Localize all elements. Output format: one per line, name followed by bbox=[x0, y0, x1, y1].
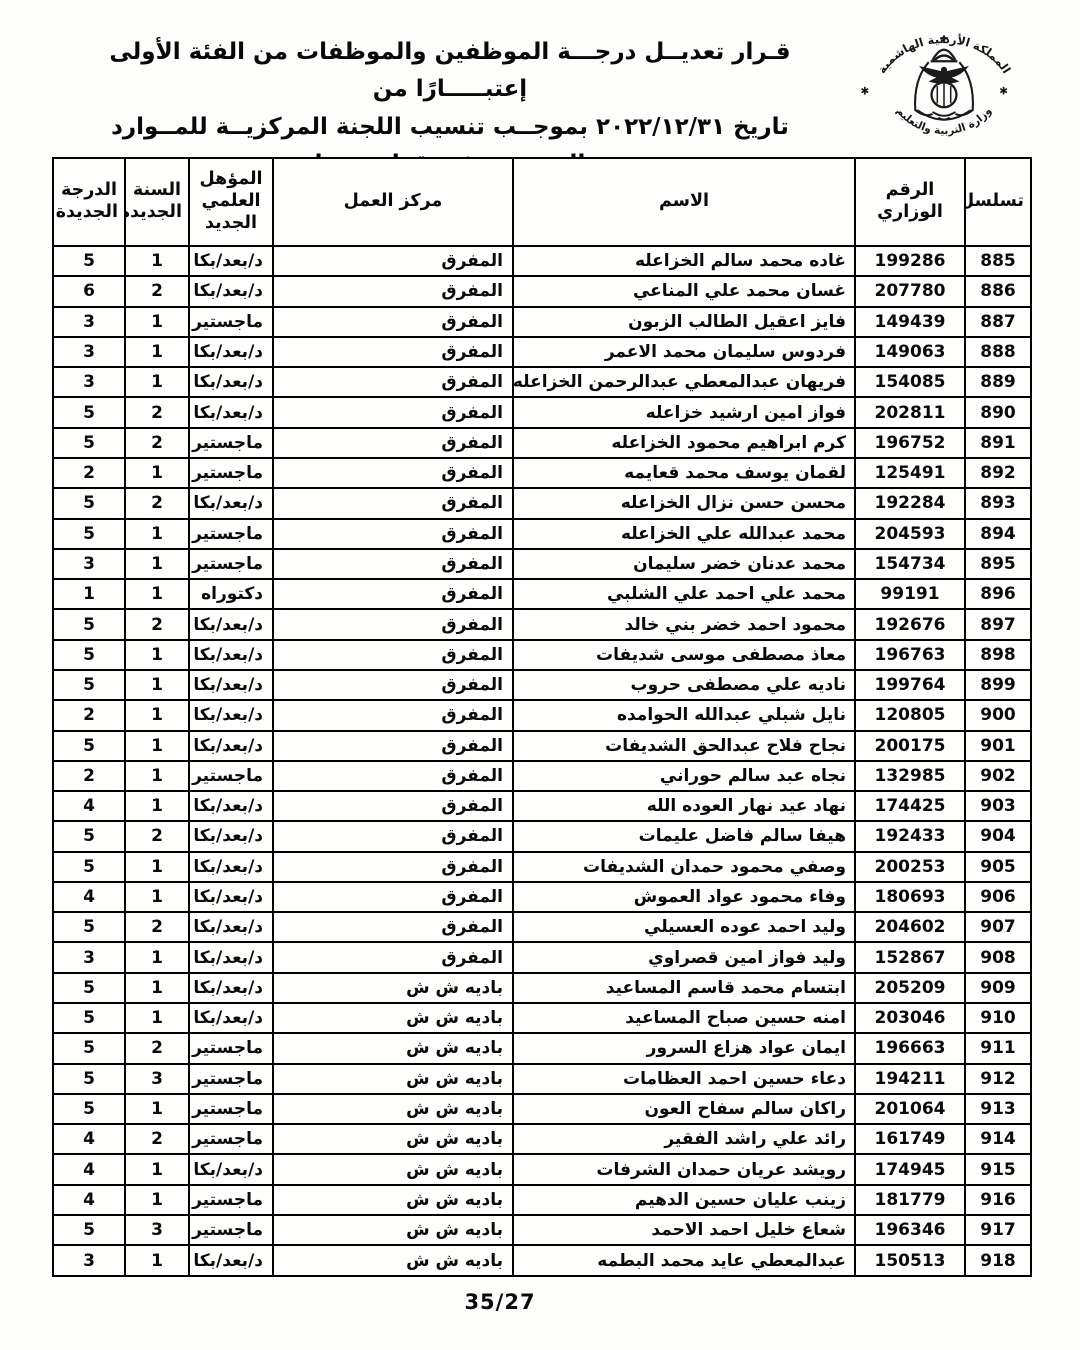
cell-new-year: 1 bbox=[125, 519, 189, 549]
cell-new-year: 2 bbox=[125, 1033, 189, 1063]
cell-ministry-number: 192433 bbox=[855, 821, 965, 851]
cell-serial: 901 bbox=[965, 731, 1031, 761]
cell-serial: 892 bbox=[965, 458, 1031, 488]
cell-work-center: المفرق bbox=[273, 246, 513, 276]
cell-name: محمد عدنان خضر سليمان bbox=[513, 549, 855, 579]
table-row: 904192433هيفا سالم فاضل عليماتالمفرقد/بع… bbox=[53, 821, 1031, 851]
cell-new-year: 2 bbox=[125, 428, 189, 458]
cell-name: امنه حسين صباح المساعيد bbox=[513, 1003, 855, 1033]
cell-serial: 896 bbox=[965, 579, 1031, 609]
cell-work-center: المفرق bbox=[273, 882, 513, 912]
table-row: 903174425نهاد عيد نهار العوده اللهالمفرق… bbox=[53, 791, 1031, 821]
cell-name: عبدالمعطي عايد محمد البطمه bbox=[513, 1245, 855, 1276]
cell-new-year: 2 bbox=[125, 1124, 189, 1154]
column-header-name: الاسم bbox=[513, 158, 855, 246]
cell-new-year: 1 bbox=[125, 791, 189, 821]
cell-work-center: المفرق bbox=[273, 488, 513, 518]
cell-work-center: باديه ش ش bbox=[273, 1154, 513, 1184]
cell-serial: 911 bbox=[965, 1033, 1031, 1063]
cell-ministry-number: 199286 bbox=[855, 246, 965, 276]
cell-serial: 900 bbox=[965, 700, 1031, 730]
cell-name: نجاح فلاح عبدالحق الشديفات bbox=[513, 731, 855, 761]
cell-serial: 908 bbox=[965, 942, 1031, 972]
eagle-icon bbox=[919, 66, 969, 83]
cell-ministry-number: 174945 bbox=[855, 1154, 965, 1184]
cell-serial: 914 bbox=[965, 1124, 1031, 1154]
cell-new-year: 1 bbox=[125, 640, 189, 670]
cell-new-grade: 4 bbox=[53, 1154, 125, 1184]
cell-qualification: د/بعد/بكا bbox=[189, 397, 273, 427]
cell-new-year: 1 bbox=[125, 579, 189, 609]
table-row: 913201064راكان سالم سفاح العونباديه ش شم… bbox=[53, 1094, 1031, 1124]
cell-new-grade: 5 bbox=[53, 973, 125, 1003]
cell-ministry-number: 196763 bbox=[855, 640, 965, 670]
ministry-seal: المملكة الأردنية الهاشمية وزارة التربية … bbox=[856, 22, 1032, 156]
cell-ministry-number: 196663 bbox=[855, 1033, 965, 1063]
table-row: 909205209ابتسام محمد قاسم المساعيدباديه … bbox=[53, 973, 1031, 1003]
cell-name: محمد عبدالله علي الخزاعله bbox=[513, 519, 855, 549]
cell-serial: 889 bbox=[965, 367, 1031, 397]
cell-new-grade: 5 bbox=[53, 731, 125, 761]
cell-new-year: 2 bbox=[125, 821, 189, 851]
cell-work-center: المفرق bbox=[273, 549, 513, 579]
cell-ministry-number: 201064 bbox=[855, 1094, 965, 1124]
cell-new-grade: 3 bbox=[53, 1245, 125, 1276]
table-row: 911196663ايمان عواد هزاع السرورباديه ش ش… bbox=[53, 1033, 1031, 1063]
cell-name: محسن حسن نزال الخزاعله bbox=[513, 488, 855, 518]
cell-ministry-number: 204593 bbox=[855, 519, 965, 549]
cell-qualification: ماجستير bbox=[189, 1215, 273, 1245]
cell-qualification: ماجستير bbox=[189, 519, 273, 549]
table-row: 900120805نايل شبلي عبدالله الحوامدهالمفر… bbox=[53, 700, 1031, 730]
cell-qualification: د/بعد/بكا bbox=[189, 367, 273, 397]
cell-name: فايز اعقيل الطالب الزبون bbox=[513, 307, 855, 337]
cell-new-grade: 5 bbox=[53, 246, 125, 276]
cell-serial: 915 bbox=[965, 1154, 1031, 1184]
cell-name: فريهان عبدالمعطي عبدالرحمن الخزاعله bbox=[513, 367, 855, 397]
cell-qualification: د/بعد/بكا bbox=[189, 276, 273, 306]
table-row: 892125491لقمان يوسف محمد قعايمهالمفرقماج… bbox=[53, 458, 1031, 488]
cell-qualification: د/بعد/بكا bbox=[189, 973, 273, 1003]
cell-new-year: 1 bbox=[125, 973, 189, 1003]
cell-serial: 905 bbox=[965, 852, 1031, 882]
cell-name: هيفا سالم فاضل عليمات bbox=[513, 821, 855, 851]
cell-new-year: 1 bbox=[125, 337, 189, 367]
cell-new-grade: 5 bbox=[53, 1094, 125, 1124]
cell-serial: 895 bbox=[965, 549, 1031, 579]
table-row: 893192284محسن حسن نزال الخزاعلهالمفرقد/ب… bbox=[53, 488, 1031, 518]
column-header-qualification: المؤهل العلمي الجديد bbox=[189, 158, 273, 246]
cell-ministry-number: 202811 bbox=[855, 397, 965, 427]
cell-ministry-number: 200253 bbox=[855, 852, 965, 882]
star-icon: ✱ bbox=[861, 86, 870, 98]
cell-qualification: ماجستير bbox=[189, 761, 273, 791]
cell-work-center: باديه ش ش bbox=[273, 1094, 513, 1124]
cell-new-grade: 3 bbox=[53, 549, 125, 579]
table-row: 915174945رويشد عريان حمدان الشرفاتباديه … bbox=[53, 1154, 1031, 1184]
star-icon: ✱ bbox=[999, 86, 1008, 98]
table-row: 917196346شعاع خليل احمد الاحمدباديه ش شم… bbox=[53, 1215, 1031, 1245]
cell-new-grade: 5 bbox=[53, 1003, 125, 1033]
table-row: 886207780غسان محمد علي المناعيالمفرقد/بع… bbox=[53, 276, 1031, 306]
table-row: 897192676محمود احمد خضر بني خالدالمفرقد/… bbox=[53, 609, 1031, 639]
cell-work-center: باديه ش ش bbox=[273, 1124, 513, 1154]
cell-new-year: 1 bbox=[125, 549, 189, 579]
cell-qualification: ماجستير bbox=[189, 1094, 273, 1124]
cell-new-year: 1 bbox=[125, 942, 189, 972]
cell-qualification: ماجستير bbox=[189, 1124, 273, 1154]
cell-qualification: د/بعد/بكا bbox=[189, 488, 273, 518]
column-header-new-grade: الدرجة الجديدة bbox=[53, 158, 125, 246]
table-row: 895154734محمد عدنان خضر سليمانالمفرقماجس… bbox=[53, 549, 1031, 579]
cell-qualification: د/بعد/بكا bbox=[189, 700, 273, 730]
cell-serial: 903 bbox=[965, 791, 1031, 821]
cell-work-center: المفرق bbox=[273, 700, 513, 730]
cell-name: راكان سالم سفاح العون bbox=[513, 1094, 855, 1124]
cell-work-center: المفرق bbox=[273, 791, 513, 821]
cell-work-center: المفرق bbox=[273, 609, 513, 639]
table-row: 902132985نجاه عبد سالم حورانيالمفرقماجست… bbox=[53, 761, 1031, 791]
table-row: 894204593محمد عبدالله علي الخزاعلهالمفرق… bbox=[53, 519, 1031, 549]
cell-new-year: 1 bbox=[125, 246, 189, 276]
cell-new-year: 1 bbox=[125, 852, 189, 882]
cell-ministry-number: 152867 bbox=[855, 942, 965, 972]
ministry-seal-logo: المملكة الأردنية الهاشمية وزارة التربية … bbox=[856, 22, 1032, 156]
cell-serial: 886 bbox=[965, 276, 1031, 306]
cell-new-year: 2 bbox=[125, 912, 189, 942]
cell-ministry-number: 161749 bbox=[855, 1124, 965, 1154]
cell-qualification: د/بعد/بكا bbox=[189, 670, 273, 700]
table-row: 901200175نجاح فلاح عبدالحق الشديفاتالمفر… bbox=[53, 731, 1031, 761]
cell-work-center: المفرق bbox=[273, 731, 513, 761]
cell-new-year: 2 bbox=[125, 397, 189, 427]
cell-name: محمود احمد خضر بني خالد bbox=[513, 609, 855, 639]
cell-serial: 918 bbox=[965, 1245, 1031, 1276]
cell-ministry-number: 150513 bbox=[855, 1245, 965, 1276]
cell-new-year: 2 bbox=[125, 488, 189, 518]
table-row: 916181779زينب عليان حسين الدهيمباديه ش ش… bbox=[53, 1185, 1031, 1215]
cell-name: وليد فواز امين قصراوي bbox=[513, 942, 855, 972]
cell-ministry-number: 207780 bbox=[855, 276, 965, 306]
column-header-work-center: مركز العمل bbox=[273, 158, 513, 246]
cell-ministry-number: 205209 bbox=[855, 973, 965, 1003]
cell-serial: 912 bbox=[965, 1064, 1031, 1094]
cell-new-grade: 5 bbox=[53, 428, 125, 458]
cell-work-center: المفرق bbox=[273, 912, 513, 942]
table-row: 891196752كرم ابراهيم محمود الخزاعلهالمفر… bbox=[53, 428, 1031, 458]
cell-name: ابتسام محمد قاسم المساعيد bbox=[513, 973, 855, 1003]
cell-qualification: د/بعد/بكا bbox=[189, 609, 273, 639]
cell-new-grade: 5 bbox=[53, 821, 125, 851]
table-row: 908152867وليد فواز امين قصراويالمفرقد/بع… bbox=[53, 942, 1031, 972]
cell-new-grade: 5 bbox=[53, 1215, 125, 1245]
cell-new-year: 1 bbox=[125, 1094, 189, 1124]
cell-qualification: ماجستير bbox=[189, 428, 273, 458]
table-row: 887149439فايز اعقيل الطالب الزبونالمفرقم… bbox=[53, 307, 1031, 337]
cell-serial: 894 bbox=[965, 519, 1031, 549]
cell-ministry-number: 180693 bbox=[855, 882, 965, 912]
cell-qualification: د/بعد/بكا bbox=[189, 246, 273, 276]
cell-new-grade: 5 bbox=[53, 670, 125, 700]
cell-qualification: ماجستير bbox=[189, 1185, 273, 1215]
column-header-serial: تسلسل bbox=[965, 158, 1031, 246]
cell-ministry-number: 196346 bbox=[855, 1215, 965, 1245]
cell-serial: 913 bbox=[965, 1094, 1031, 1124]
cell-name: ايمان عواد هزاع السرور bbox=[513, 1033, 855, 1063]
cell-name: فواز امين ارشيد خزاعله bbox=[513, 397, 855, 427]
cell-serial: 909 bbox=[965, 973, 1031, 1003]
cell-name: نايل شبلي عبدالله الحوامده bbox=[513, 700, 855, 730]
cell-ministry-number: 200175 bbox=[855, 731, 965, 761]
table-row: 907204602وليد احمد عوده العسيليالمفرقد/ب… bbox=[53, 912, 1031, 942]
cell-ministry-number: 203046 bbox=[855, 1003, 965, 1033]
cell-work-center: المفرق bbox=[273, 367, 513, 397]
cell-serial: 907 bbox=[965, 912, 1031, 942]
cell-qualification: د/بعد/بكا bbox=[189, 731, 273, 761]
cell-work-center: المفرق bbox=[273, 397, 513, 427]
decision-header-line1: قـرار تعديــل درجـــة الموظفين والموظفات… bbox=[60, 34, 840, 109]
cell-serial: 910 bbox=[965, 1003, 1031, 1033]
cell-name: رويشد عريان حمدان الشرفات bbox=[513, 1154, 855, 1184]
table-row: 918150513عبدالمعطي عايد محمد البطمهباديه… bbox=[53, 1245, 1031, 1276]
table-row: 889154085فريهان عبدالمعطي عبدالرحمن الخز… bbox=[53, 367, 1031, 397]
cell-work-center: باديه ش ش bbox=[273, 1064, 513, 1094]
cell-ministry-number: 174425 bbox=[855, 791, 965, 821]
cell-work-center: المفرق bbox=[273, 307, 513, 337]
cell-qualification: ماجستير bbox=[189, 1033, 273, 1063]
cell-ministry-number: 194211 bbox=[855, 1064, 965, 1094]
cell-serial: 898 bbox=[965, 640, 1031, 670]
cell-qualification: د/بعد/بكا bbox=[189, 791, 273, 821]
cell-new-grade: 5 bbox=[53, 1064, 125, 1094]
cell-work-center: المفرق bbox=[273, 852, 513, 882]
cell-new-year: 1 bbox=[125, 731, 189, 761]
grades-table: تسلسل الرقم الوزاري الاسم مركز العمل الم… bbox=[52, 157, 1032, 1277]
cell-work-center: المفرق bbox=[273, 337, 513, 367]
cell-name: دعاء حسين احمد العظامات bbox=[513, 1064, 855, 1094]
cell-ministry-number: 192284 bbox=[855, 488, 965, 518]
column-header-new-year: السنة الجديدة bbox=[125, 158, 189, 246]
cell-new-grade: 5 bbox=[53, 488, 125, 518]
cell-serial: 891 bbox=[965, 428, 1031, 458]
cell-new-year: 1 bbox=[125, 882, 189, 912]
cell-new-year: 3 bbox=[125, 1064, 189, 1094]
cell-new-grade: 5 bbox=[53, 912, 125, 942]
cell-new-grade: 2 bbox=[53, 761, 125, 791]
cell-new-grade: 6 bbox=[53, 276, 125, 306]
cell-new-year: 1 bbox=[125, 1185, 189, 1215]
cell-serial: 887 bbox=[965, 307, 1031, 337]
column-header-ministry-number: الرقم الوزاري bbox=[855, 158, 965, 246]
cell-new-year: 1 bbox=[125, 670, 189, 700]
cell-work-center: باديه ش ش bbox=[273, 973, 513, 1003]
cell-qualification: ماجستير bbox=[189, 1064, 273, 1094]
cell-serial: 902 bbox=[965, 761, 1031, 791]
cell-new-year: 2 bbox=[125, 609, 189, 639]
cell-serial: 885 bbox=[965, 246, 1031, 276]
table-row: 890202811فواز امين ارشيد خزاعلهالمفرقد/ب… bbox=[53, 397, 1031, 427]
cell-serial: 890 bbox=[965, 397, 1031, 427]
cell-ministry-number: 154085 bbox=[855, 367, 965, 397]
cell-name: وفاء محمود عواد العموش bbox=[513, 882, 855, 912]
cell-serial: 899 bbox=[965, 670, 1031, 700]
cell-work-center: المفرق bbox=[273, 821, 513, 851]
cell-new-year: 1 bbox=[125, 458, 189, 488]
cell-qualification: ماجستير bbox=[189, 307, 273, 337]
cell-work-center: المفرق bbox=[273, 640, 513, 670]
cell-work-center: باديه ش ش bbox=[273, 1033, 513, 1063]
cell-new-grade: 3 bbox=[53, 942, 125, 972]
table-row: 898196763معاذ مصطفى موسى شديفاتالمفرقد/ب… bbox=[53, 640, 1031, 670]
cell-name: رائد علي راشد الفقير bbox=[513, 1124, 855, 1154]
cell-work-center: المفرق bbox=[273, 519, 513, 549]
cell-serial: 893 bbox=[965, 488, 1031, 518]
table-header: تسلسل الرقم الوزاري الاسم مركز العمل الم… bbox=[53, 158, 1031, 246]
shield-icon bbox=[932, 82, 957, 107]
cell-ministry-number: 192676 bbox=[855, 609, 965, 639]
cell-work-center: باديه ش ش bbox=[273, 1215, 513, 1245]
cell-name: غسان محمد علي المناعي bbox=[513, 276, 855, 306]
cell-work-center: المفرق bbox=[273, 761, 513, 791]
cell-work-center: باديه ش ش bbox=[273, 1245, 513, 1276]
cell-name: وليد احمد عوده العسيلي bbox=[513, 912, 855, 942]
cell-new-grade: 3 bbox=[53, 367, 125, 397]
cell-qualification: دكتوراه bbox=[189, 579, 273, 609]
table-row: 906180693وفاء محمود عواد العموشالمفرقد/ب… bbox=[53, 882, 1031, 912]
cell-work-center: باديه ش ش bbox=[273, 1185, 513, 1215]
table-row: 899199764ناديه علي مصطفى حروبالمفرقد/بعد… bbox=[53, 670, 1031, 700]
cell-new-grade: 2 bbox=[53, 700, 125, 730]
cell-qualification: د/بعد/بكا bbox=[189, 337, 273, 367]
page-number: 35/27 bbox=[0, 1290, 1000, 1314]
cell-new-year: 1 bbox=[125, 761, 189, 791]
table-row: 89699191محمد علي احمد علي الشلبيالمفرقدك… bbox=[53, 579, 1031, 609]
table-row: 888149063فردوس سليمان محمد الاعمرالمفرقد… bbox=[53, 337, 1031, 367]
cell-name: وصفي محمود حمدان الشديفات bbox=[513, 852, 855, 882]
cell-serial: 917 bbox=[965, 1215, 1031, 1245]
cell-ministry-number: 120805 bbox=[855, 700, 965, 730]
seal-bottom-text: وزارة التربية والتعليم bbox=[894, 105, 994, 137]
cell-work-center: المفرق bbox=[273, 428, 513, 458]
cell-name: فردوس سليمان محمد الاعمر bbox=[513, 337, 855, 367]
cell-new-year: 2 bbox=[125, 276, 189, 306]
document-page: قـرار تعديــل درجـــة الموظفين والموظفات… bbox=[0, 0, 1080, 1350]
cell-qualification: د/بعد/بكا bbox=[189, 942, 273, 972]
cell-qualification: د/بعد/بكا bbox=[189, 912, 273, 942]
table-body: 885199286غاده محمد سالم الخزاعلهالمفرقد/… bbox=[53, 246, 1031, 1276]
cell-serial: 916 bbox=[965, 1185, 1031, 1215]
cell-ministry-number: 196752 bbox=[855, 428, 965, 458]
cell-work-center: المفرق bbox=[273, 458, 513, 488]
cell-qualification: د/بعد/بكا bbox=[189, 882, 273, 912]
cell-qualification: ماجستير bbox=[189, 549, 273, 579]
cell-name: محمد علي احمد علي الشلبي bbox=[513, 579, 855, 609]
cell-name: شعاع خليل احمد الاحمد bbox=[513, 1215, 855, 1245]
cell-new-year: 1 bbox=[125, 367, 189, 397]
cell-qualification: د/بعد/بكا bbox=[189, 821, 273, 851]
cell-new-grade: 5 bbox=[53, 852, 125, 882]
cell-new-grade: 4 bbox=[53, 791, 125, 821]
cell-name: غاده محمد سالم الخزاعله bbox=[513, 246, 855, 276]
cell-ministry-number: 149063 bbox=[855, 337, 965, 367]
cell-work-center: باديه ش ش bbox=[273, 1003, 513, 1033]
svg-text:وزارة التربية والتعليم: وزارة التربية والتعليم bbox=[894, 105, 994, 137]
cell-new-grade: 5 bbox=[53, 519, 125, 549]
cell-qualification: د/بعد/بكا bbox=[189, 1245, 273, 1276]
cell-new-grade: 2 bbox=[53, 458, 125, 488]
cell-ministry-number: 149439 bbox=[855, 307, 965, 337]
cell-new-year: 1 bbox=[125, 700, 189, 730]
cell-name: زينب عليان حسين الدهيم bbox=[513, 1185, 855, 1215]
cell-serial: 888 bbox=[965, 337, 1031, 367]
cell-name: لقمان يوسف محمد قعايمه bbox=[513, 458, 855, 488]
cell-new-grade: 5 bbox=[53, 609, 125, 639]
cell-name: كرم ابراهيم محمود الخزاعله bbox=[513, 428, 855, 458]
cell-new-grade: 1 bbox=[53, 579, 125, 609]
cell-work-center: المفرق bbox=[273, 276, 513, 306]
cell-new-grade: 5 bbox=[53, 397, 125, 427]
cell-qualification: د/بعد/بكا bbox=[189, 640, 273, 670]
cell-ministry-number: 204602 bbox=[855, 912, 965, 942]
cell-qualification: د/بعد/بكا bbox=[189, 1154, 273, 1184]
cell-qualification: ماجستير bbox=[189, 458, 273, 488]
cell-new-grade: 5 bbox=[53, 640, 125, 670]
cell-ministry-number: 199764 bbox=[855, 670, 965, 700]
cell-new-grade: 3 bbox=[53, 307, 125, 337]
cell-serial: 906 bbox=[965, 882, 1031, 912]
cell-new-year: 3 bbox=[125, 1215, 189, 1245]
cell-new-grade: 5 bbox=[53, 1033, 125, 1063]
table-row: 914161749رائد علي راشد الفقيرباديه ش شما… bbox=[53, 1124, 1031, 1154]
cell-new-grade: 4 bbox=[53, 882, 125, 912]
cell-name: نجاه عبد سالم حوراني bbox=[513, 761, 855, 791]
cell-work-center: المفرق bbox=[273, 579, 513, 609]
cell-qualification: د/بعد/بكا bbox=[189, 852, 273, 882]
cell-work-center: المفرق bbox=[273, 942, 513, 972]
cell-new-grade: 4 bbox=[53, 1124, 125, 1154]
cell-ministry-number: 132985 bbox=[855, 761, 965, 791]
table-header-row: تسلسل الرقم الوزاري الاسم مركز العمل الم… bbox=[53, 158, 1031, 246]
table-row: 912194211دعاء حسين احمد العظاماتباديه ش … bbox=[53, 1064, 1031, 1094]
cell-qualification: د/بعد/بكا bbox=[189, 1003, 273, 1033]
cell-ministry-number: 181779 bbox=[855, 1185, 965, 1215]
cell-new-year: 1 bbox=[125, 1003, 189, 1033]
table-row: 885199286غاده محمد سالم الخزاعلهالمفرقد/… bbox=[53, 246, 1031, 276]
cell-work-center: المفرق bbox=[273, 670, 513, 700]
cell-new-year: 1 bbox=[125, 1245, 189, 1276]
cell-new-grade: 4 bbox=[53, 1185, 125, 1215]
cell-name: نهاد عيد نهار العوده الله bbox=[513, 791, 855, 821]
table-row: 905200253وصفي محمود حمدان الشديفاتالمفرق… bbox=[53, 852, 1031, 882]
cell-name: معاذ مصطفى موسى شديفات bbox=[513, 640, 855, 670]
cell-serial: 904 bbox=[965, 821, 1031, 851]
cell-ministry-number: 99191 bbox=[855, 579, 965, 609]
cell-serial: 897 bbox=[965, 609, 1031, 639]
table-row: 910203046امنه حسين صباح المساعيدباديه ش … bbox=[53, 1003, 1031, 1033]
cell-name: ناديه علي مصطفى حروب bbox=[513, 670, 855, 700]
cell-new-grade: 3 bbox=[53, 337, 125, 367]
cell-ministry-number: 125491 bbox=[855, 458, 965, 488]
cell-ministry-number: 154734 bbox=[855, 549, 965, 579]
cell-new-year: 1 bbox=[125, 1154, 189, 1184]
cell-new-year: 1 bbox=[125, 307, 189, 337]
